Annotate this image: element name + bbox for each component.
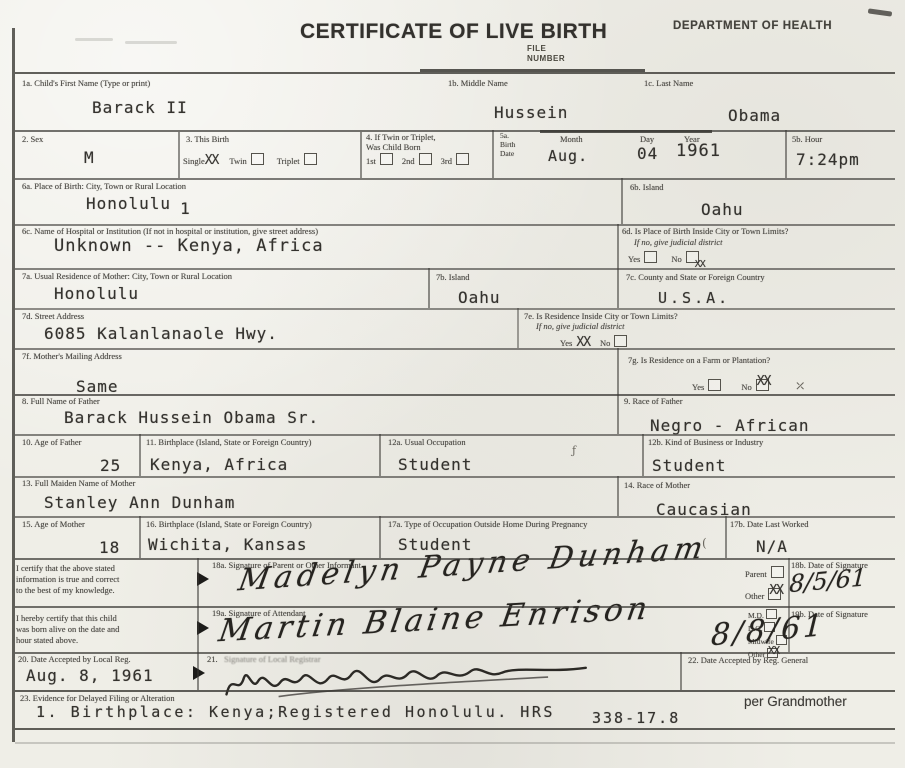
form-rule-line [788,606,790,652]
field-23-text: 1. Birthplace: Kenya;Registered Honolulu… [36,703,555,721]
form-rule-line [15,606,895,608]
scan-artifact [868,8,892,16]
form-rule-line [15,476,895,478]
field-16-label: 16. Birthplace (Island, State or Foreign… [146,519,312,529]
field-6d-label: 6d. Is Place of Birth Inside City or Tow… [622,226,788,236]
field-23-note: per Grandmother [744,694,847,709]
form-rule-line [15,394,895,396]
form-rule-line [788,558,790,606]
field-12b-label: 12b. Kind of Business or Industry [648,437,763,447]
form-rule-line [178,132,180,178]
form-rule-line [428,268,430,308]
form-rule-line [15,742,895,744]
form-rule-line [15,308,895,310]
form-rule-line [15,516,895,518]
field-6d-options: Yes No XX [628,249,709,267]
7g-yes-checkbox [708,379,721,391]
field-17a-label: 17a. Type of Occupation Outside Home Dur… [388,519,587,529]
form-rule-line [642,434,644,476]
field-8-value: Barack Hussein Obama Sr. [64,408,319,427]
form-rule-line [197,558,199,606]
field-6c-label: 6c. Name of Hospital or Institution (If … [22,226,318,236]
6d-yes-checkbox [644,251,657,263]
form-rule-line [680,652,682,690]
cert-19-statement: I hereby certify that this child was bor… [16,613,119,646]
form-rule-line [379,516,381,558]
checkbox-3rd [456,153,469,165]
form-rule-line [379,434,381,476]
parent-label: Parent [745,569,767,579]
field-7a-label: 7a. Usual Residence of Mother: City, Tow… [22,271,232,281]
stray-mark: ƒ [572,444,576,457]
field-1b-value: Hussein [494,103,568,122]
field-3-label: 3. This Birth [186,134,229,144]
form-rule-line [621,178,623,224]
field-10-value: 25 [100,456,121,475]
form-rule-line [617,224,619,268]
birth-day-value: 04 [637,144,658,163]
form-rule-line [785,130,787,178]
birth-month-value: Aug. [548,147,588,165]
form-rule-line [139,516,141,558]
field-5b-value: 7:24pm [796,150,860,169]
form-rule-line [15,652,895,654]
form-rule-line [420,69,645,72]
checkbox-triplet [304,153,317,165]
department-title: DEPARTMENT OF HEALTH [673,20,832,32]
field-5a-label: 5a. Birth Date [500,131,515,158]
xx-mark-7g-no: XX [757,374,771,389]
field-6d-sublabel: If no, give judicial district [634,237,723,247]
field-22-label: 22. Date Accepted by Reg. General [688,655,808,665]
field-6b-label: 6b. Island [630,182,664,192]
document-title: CERTIFICATE OF LIVE BIRTH [300,20,607,44]
checkbox-single-label: Single [183,156,205,166]
file-number-label: FILE NUMBER [527,44,565,63]
form-rule-line [15,72,895,74]
field-15-value: 18 [99,538,120,557]
attendant-date: 8/8/61 [710,608,826,653]
field-6b-value: Oahu [701,200,744,219]
field-7g-label: 7g. Is Residence on a Farm or Plantation… [628,355,770,365]
attendant-signature: Martin Blaine Enrison [216,590,654,649]
field-13-value: Stanley Ann Dunham [44,493,235,512]
other-label: Other [745,591,764,601]
field-12b-value: Student [652,456,726,475]
7e-no-checkbox [614,335,627,347]
field-7f-label: 7f. Mother's Mailing Address [22,351,122,361]
field-7a-value: Honolulu [54,284,139,303]
field-9-label: 9. Race of Father [624,396,683,406]
field-6a-value: Honolulu1 [86,194,182,213]
form-rule-line [15,690,895,692]
xx-mark-single: XX [205,153,219,168]
form-rule-line [15,558,895,560]
form-rule-line [139,434,141,476]
field-1a-label: 1a. Child's First Name (Type or print) [22,78,150,88]
field-9-value: Negro - African [650,416,810,435]
field-20-value: Aug. 8, 1961 [26,666,154,685]
field-12a-label: 12a. Usual Occupation [388,437,466,447]
form-rule-line [617,476,619,516]
field-7b-value: Oahu [458,288,501,307]
field-14-label: 14. Race of Mother [624,480,690,490]
field-21-number: 21. [207,654,218,664]
checkbox-1st [380,153,393,165]
checkbox-twin-label: Twin [229,156,246,166]
field-16-value: Wichita, Kansas [148,535,308,554]
field-4-label: 4. If Twin or Triplet, Was Child Born [366,132,436,152]
field-15-label: 15. Age of Mother [22,519,85,529]
7g-yes-label: Yes [692,382,704,392]
birth-year-value: 1961 [676,141,721,161]
form-rule-line [15,130,895,132]
form-rule-line [617,348,619,394]
field-7c-label: 7c. County and State or Foreign Country [626,272,765,282]
7e-yes-label: Yes [560,338,572,348]
checkbox-2nd [419,153,432,165]
field-2-label: 2. Sex [22,134,43,144]
field-8-label: 8. Full Name of Father [22,396,100,406]
parent-checkbox [771,566,784,578]
field-11-label: 11. Birthplace (Island, State or Foreign… [146,437,311,447]
checkbox-twin [251,153,264,165]
arrow-marker-18 [197,572,209,586]
scan-artifact [125,41,177,44]
form-rule-line [492,130,494,178]
field-23-label: 23. Evidence for Delayed Filing or Alter… [20,693,175,703]
form-rule-line [360,132,362,178]
field-23-hrs: 338-17.8 [592,709,680,727]
field-11-value: Kenya, Africa [150,455,288,474]
6d-no-label: No [671,254,681,264]
form-rule-line [15,434,895,436]
7g-no-label: No [741,382,751,392]
form-rule-line [15,178,895,180]
cert-18-parent-option: Parent [745,564,784,582]
field-12a-value: Student [398,455,472,474]
form-rule-line [15,224,895,226]
form-rule-line [15,268,895,270]
day-column-label: Day [640,134,654,144]
checkbox-triplet-label: Triplet [277,156,300,166]
field-1a-value: Barack II [92,98,188,117]
field-7g-options: Yes No XX ⤫ [692,377,806,395]
stray-mark: ⤫ [795,379,806,394]
form-rule-line [197,606,199,652]
field-10-label: 10. Age of Father [22,437,82,447]
field-7d-label: 7d. Street Address [22,311,84,321]
field-7c-value: U.S.A. [658,289,730,307]
field-6a-label: 6a. Place of Birth: City, Town or Rural … [22,181,186,191]
form-rule-line [617,268,619,308]
arrow-marker-19 [197,621,209,635]
cert-18-statement: I certify that the above stated informat… [16,563,119,596]
field-17b-value: N/A [756,537,788,556]
scan-artifact [75,38,113,41]
field-7b-label: 7b. Island [436,272,470,282]
checkbox-2nd-label: 2nd [402,156,415,166]
form-rule-line [12,28,15,742]
field-20-label: 20. Date Accepted by Local Reg. [18,654,131,664]
cert-18-other-option: Other XX [745,586,781,604]
checkbox-1st-label: 1st [366,156,376,166]
checkbox-3rd-label: 3rd [441,156,452,166]
field-7d-value: 6085 Kalanlanaole Hwy. [44,324,278,343]
field-6c-value: Unknown -- Kenya, Africa [54,236,324,256]
informant-date: 8/5/61 [789,563,867,598]
field-5b-label: 5b. Hour [792,134,822,144]
form-rule-line [15,728,895,730]
month-column-label: Month [560,134,583,144]
field-7e-sublabel: If no, give judicial district [536,321,625,331]
form-rule-line [197,652,199,690]
field-17b-label: 17b. Date Last Worked [730,519,808,529]
form-rule-line [517,308,519,348]
field-13-label: 13. Full Maiden Name of Mother [22,478,135,488]
xx-mark-18-other: XX [769,583,783,598]
field-1c-label: 1c. Last Name [644,78,693,88]
field-1b-label: 1b. Middle Name [448,78,508,88]
field-1c-value: Obama [728,106,781,125]
form-rule-line [725,516,727,558]
form-rule-line [617,394,619,434]
7e-no-label: No [600,338,610,348]
field-4-options: 1st 2nd 3rd [366,151,469,169]
arrow-marker-20 [193,666,205,680]
form-rule-line [15,348,895,350]
field-3-options: SingleXX Twin Triplet [183,151,317,169]
field-7e-label: 7e. Is Residence Inside City or Town Lim… [524,311,678,321]
6d-yes-label: Yes [628,254,640,264]
field-2-value: M [84,148,95,167]
